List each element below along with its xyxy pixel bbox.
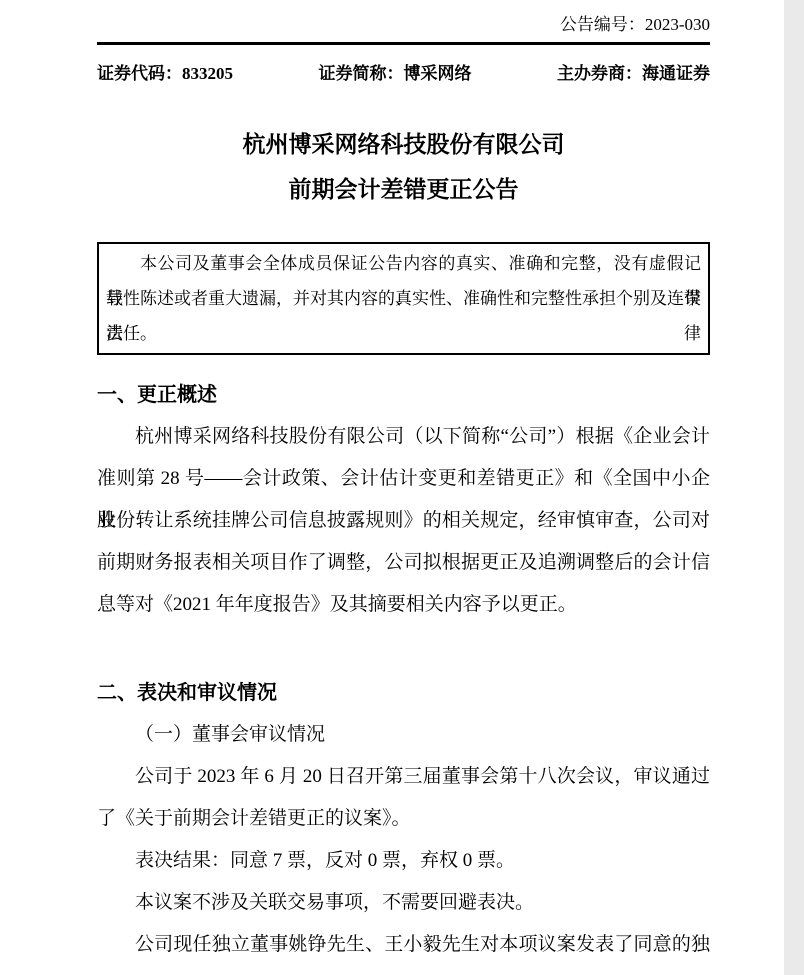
paragraph-line: 杭州博采网络科技股份有限公司（以下简称“公司”）根据《企业会计 [97,416,710,458]
paragraph-line: 表决结果：同意 7 票，反对 0 票，弃权 0 票。 [97,840,710,882]
section-heading-voting-review: 二、表决和审议情况 [97,672,710,714]
sponsor-broker: 主办券商：海通证券 [557,63,710,85]
disclaimer-box: 本公司及董事会全体成员保证公告内容的真实、准确和完整，没有虚假记载、误 导性陈述… [97,242,710,355]
subsection-heading-board-review: （一）董事会审议情况 [97,714,710,756]
paragraph-line: 息等对《2021 年年度报告》及其摘要相关内容予以更正。 [97,584,710,626]
doc-title-company: 杭州博采网络科技股份有限公司 [97,130,710,160]
header-rule [97,42,710,45]
disclaimer-line: 导性陈述或者重大遗漏，并对其内容的真实性、准确性和完整性承担个别及连带法律 [106,281,701,316]
stock-code: 证券代码：833205 [97,63,233,85]
paragraph-line: 准则第 28 号——会计政策、会计估计变更和差错更正》和《全国中小企业 [97,458,710,500]
disclaimer-line: 本公司及董事会全体成员保证公告内容的真实、准确和完整，没有虚假记载、误 [106,246,701,281]
paragraph-line: 公司现任独立董事姚铮先生、王小毅先生对本项议案发表了同意的独 [97,924,710,966]
section-heading-correction-overview: 一、更正概述 [97,374,710,416]
paragraph-line: 本议案不涉及关联交易事项，不需要回避表决。 [97,882,710,924]
announcement-number: 公告编号：2023-030 [97,0,710,37]
paragraph-line: 前期财务报表相关项目作了调整，公司拟根据更正及追溯调整后的会计信 [97,542,710,584]
document-page: 公告编号：2023-030 证券代码：833205 证券简称：博采网络 主办券商… [97,0,710,966]
paragraph-line: 了《关于前期会计差错更正的议案》。 [97,798,710,840]
paragraph-line: 公司于 2023 年 6 月 20 日召开第三届董事会第十八次会议，审议通过 [97,756,710,798]
securities-header-row: 证券代码：833205 证券简称：博采网络 主办券商：海通证券 [97,63,710,85]
stock-abbr: 证券简称：博采网络 [319,63,472,85]
page-edge-strip [784,0,804,975]
doc-title-announcement: 前期会计差错更正公告 [97,175,710,205]
paragraph-line: 股份转让系统挂牌公司信息披露规则》的相关规定，经审慎审查，公司对 [97,500,710,542]
